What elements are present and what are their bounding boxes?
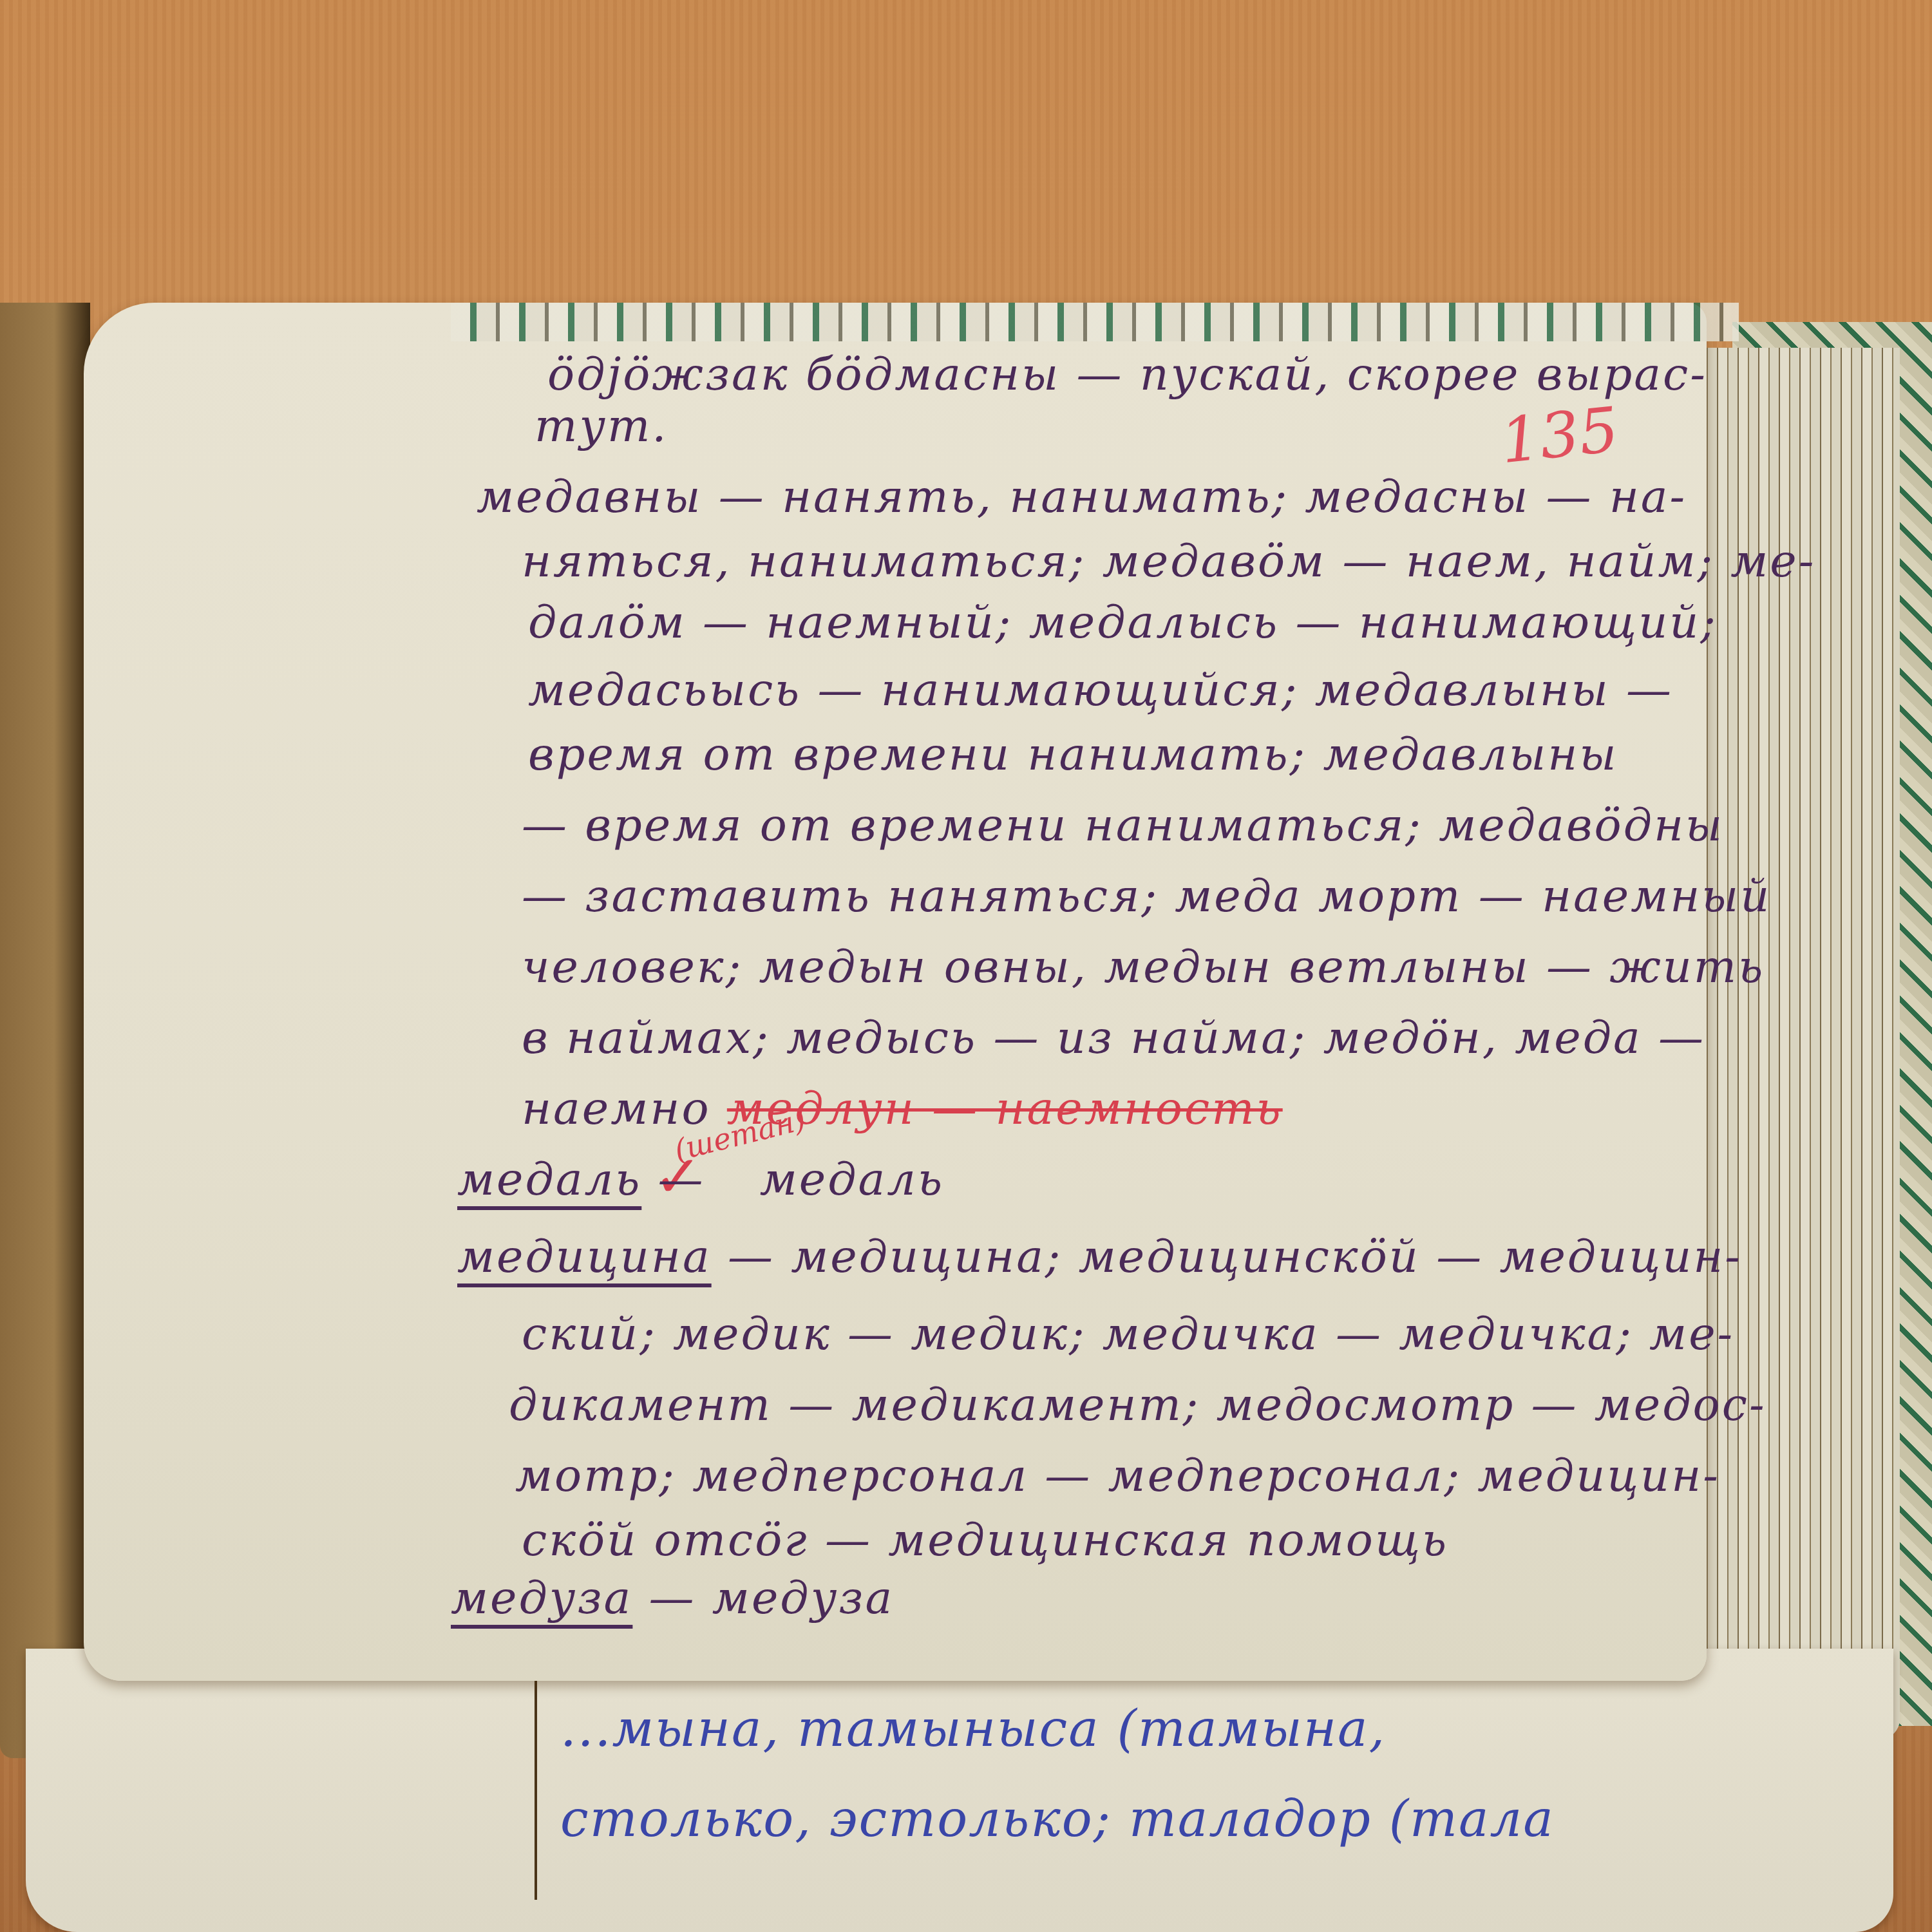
- text-line-3: медавны — нанять, нанимать; медасны — на…: [477, 470, 1687, 523]
- medicina-line-3: дикамент — медикамент; медосмотр — медос…: [509, 1378, 1766, 1431]
- page-number: 135: [1497, 393, 1622, 478]
- text-line-1: öдjöжзак бöдмасны — пускай, скорее вырас…: [547, 348, 1707, 401]
- text-line-11: в наймах; медысь — из найма; медöн, меда…: [522, 1011, 1705, 1064]
- translation-medal: медаль: [760, 1153, 944, 1206]
- lower-page: ...мына, тамыныса (тамына, столько, эсто…: [26, 1649, 1893, 1932]
- entry-medicina: медицина — медицина; медицинскöй — медиц…: [457, 1230, 1742, 1283]
- medicina-line-1: — медицина; медицинскöй — медицин-: [712, 1230, 1742, 1283]
- text-line-5: далöм — наемный; медалысь — нанимающий;: [528, 596, 1718, 649]
- dash: —: [641, 1153, 705, 1206]
- medicina-line-2: ский; медик — медик; медичка — медичка; …: [522, 1307, 1734, 1360]
- entry-medal: медаль — медаль: [457, 1153, 944, 1206]
- page-divider-line: [535, 1655, 537, 1900]
- text-naemno: наемно: [522, 1082, 711, 1135]
- text-line-7: время от времени нанимать; медавлыны: [528, 728, 1618, 781]
- headword-medal: медаль: [457, 1153, 641, 1206]
- text-line-12: наемно медлун — наемность: [522, 1082, 1283, 1135]
- medicina-line-4: мотр; медперсонал — медперсонал; медицин…: [515, 1449, 1720, 1502]
- lower-page-line-2: столько, эстолько; таладор (тала: [560, 1790, 1555, 1848]
- top-binding-edge: [451, 303, 1739, 341]
- text-line-9: — заставить наняться; меда морт — наемны…: [522, 869, 1771, 922]
- entry-meduza: медуза — медуза: [451, 1571, 894, 1624]
- red-correction: медлун — наемность: [727, 1082, 1283, 1135]
- text-line-8: — время от времени наниматься; медавöдны: [522, 799, 1724, 851]
- headword-meduza: медуза: [451, 1571, 632, 1624]
- left-page-edge: [0, 303, 90, 1758]
- lower-page-line-1: ...мына, тамыныса (тамына,: [560, 1700, 1386, 1758]
- text-line-2: тут.: [535, 399, 668, 452]
- translation-meduza: — медуза: [632, 1571, 894, 1624]
- headword-medicina: медицина: [457, 1230, 712, 1283]
- text-line-4: няться, наниматься; медавöм — наем, найм…: [522, 535, 1815, 587]
- text-line-10: человек; медын овны, медын ветлыны — жит…: [522, 940, 1765, 993]
- text-line-6: медасьысь — нанимающийся; медавлыны —: [528, 663, 1673, 716]
- medicina-line-5: скöй отсöг — медицинская помощь: [522, 1513, 1448, 1566]
